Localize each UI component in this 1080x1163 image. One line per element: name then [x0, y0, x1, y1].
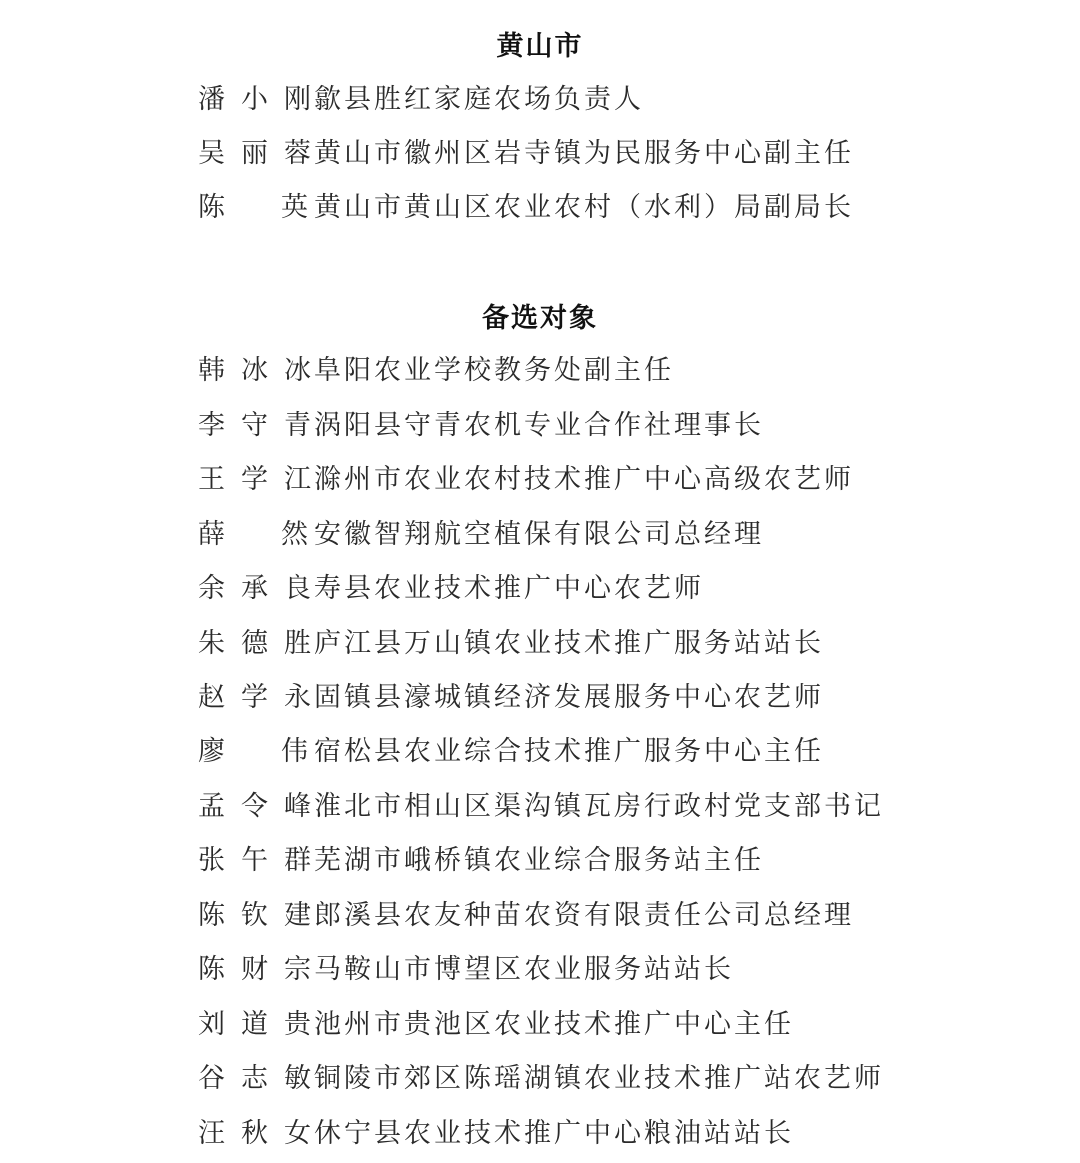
list-item: 朱德胜 庐江县万山镇农业技术推广服务站站长	[198, 620, 824, 660]
list-item: 薛然 安徽智翔航空植保有限公司总经理	[198, 511, 764, 551]
person-title: 淮北市相山区渠沟镇瓦房行政村党支部书记	[314, 784, 884, 823]
person-title: 宿松县农业综合技术推广服务中心主任	[314, 729, 824, 768]
list-item: 王学江 滁州市农业农村技术推广中心高级农艺师	[198, 456, 854, 496]
person-name: 韩冰冰	[198, 348, 314, 387]
list-item: 陈财宗 马鞍山市博望区农业服务站站长	[198, 946, 734, 986]
person-title: 休宁县农业技术推广中心粮油站站长	[314, 1111, 794, 1150]
person-title: 黄山市徽州区岩寺镇为民服务中心副主任	[314, 131, 854, 170]
list-item: 余承良 寿县农业技术推广中心农艺师	[198, 565, 704, 605]
list-item: 张午群 芜湖市峨桥镇农业综合服务站主任	[198, 837, 764, 877]
list-item: 廖伟 宿松县农业综合技术推广服务中心主任	[198, 728, 824, 768]
list-item: 刘道贵 池州市贵池区农业技术推广中心主任	[198, 1001, 794, 1041]
list-item: 陈钦建 郎溪县农友种苗农资有限责任公司总经理	[198, 892, 854, 932]
list-item: 孟令峰 淮北市相山区渠沟镇瓦房行政村党支部书记	[198, 783, 884, 823]
person-name: 汪秋女	[198, 1111, 314, 1150]
person-name: 谷志敏	[198, 1056, 314, 1095]
list-item: 潘小刚 歙县胜红家庭农场负责人	[198, 76, 644, 116]
list-item: 赵学永 固镇县濠城镇经济发展服务中心农艺师	[198, 674, 824, 714]
person-name: 薛然	[198, 512, 314, 551]
person-title: 郎溪县农友种苗农资有限责任公司总经理	[314, 893, 854, 932]
list-item: 汪秋女 休宁县农业技术推广中心粮油站站长	[198, 1110, 794, 1150]
person-name: 陈钦建	[198, 893, 314, 932]
person-name: 张午群	[198, 838, 314, 877]
person-name: 陈英	[198, 185, 314, 224]
person-title: 芜湖市峨桥镇农业综合服务站主任	[314, 838, 764, 877]
section-heading-alternates: 备选对象	[0, 296, 1080, 335]
list-item: 韩冰冰 阜阳农业学校教务处副主任	[198, 347, 674, 387]
person-name: 陈财宗	[198, 947, 314, 986]
person-name: 赵学永	[198, 675, 314, 714]
person-title: 黄山市黄山区农业农村（水利）局副局长	[314, 185, 854, 224]
person-name: 孟令峰	[198, 784, 314, 823]
person-title: 寿县农业技术推广中心农艺师	[314, 566, 704, 605]
list-item: 李守青 涡阳县守青农机专业合作社理事长	[198, 402, 764, 442]
list-item: 吴丽蓉 黄山市徽州区岩寺镇为民服务中心副主任	[198, 130, 854, 170]
person-name: 吴丽蓉	[198, 131, 314, 170]
person-title: 阜阳农业学校教务处副主任	[314, 348, 674, 387]
person-title: 马鞍山市博望区农业服务站站长	[314, 947, 734, 986]
person-name: 刘道贵	[198, 1002, 314, 1041]
person-name: 王学江	[198, 457, 314, 496]
list-item: 谷志敏 铜陵市郊区陈瑶湖镇农业技术推广站农艺师	[198, 1055, 884, 1095]
person-name: 余承良	[198, 566, 314, 605]
person-title: 庐江县万山镇农业技术推广服务站站长	[314, 621, 824, 660]
person-name: 朱德胜	[198, 621, 314, 660]
list-item: 陈英 黄山市黄山区农业农村（水利）局副局长	[198, 184, 854, 224]
person-title: 铜陵市郊区陈瑶湖镇农业技术推广站农艺师	[314, 1056, 884, 1095]
person-title: 池州市贵池区农业技术推广中心主任	[314, 1002, 794, 1041]
person-name: 廖伟	[198, 729, 314, 768]
person-title: 歙县胜红家庭农场负责人	[314, 77, 644, 116]
person-title: 滁州市农业农村技术推广中心高级农艺师	[314, 457, 854, 496]
person-title: 安徽智翔航空植保有限公司总经理	[314, 512, 764, 551]
person-name: 李守青	[198, 403, 314, 442]
section-heading-huangshan: 黄山市	[0, 24, 1080, 63]
person-title: 涡阳县守青农机专业合作社理事长	[314, 403, 764, 442]
person-title: 固镇县濠城镇经济发展服务中心农艺师	[314, 675, 824, 714]
person-name: 潘小刚	[198, 77, 314, 116]
